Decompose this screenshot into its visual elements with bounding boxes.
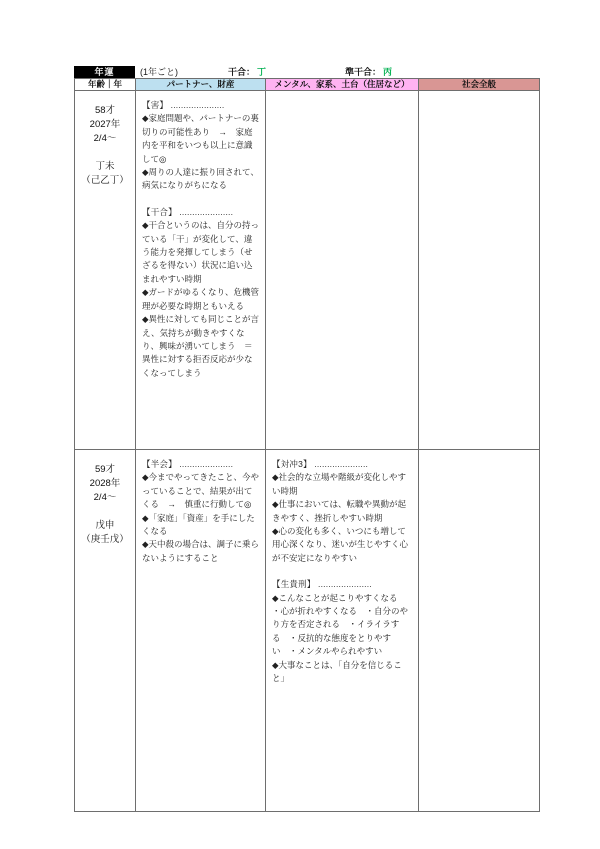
- society-cell: [419, 450, 540, 812]
- kanshi-label: 戊申: [75, 519, 135, 533]
- block-item: ◆今までやってきたこと、今やっていることで、結果が出てくる → 慎重に行動して◎: [142, 471, 260, 511]
- fortune-block: 【半会】 ..................... ◆今までやってきたこと、今…: [142, 458, 260, 565]
- start-date-label: 2/4～: [75, 132, 135, 146]
- table-row-2028: 59才 2028年 2/4～ 戊申 （庚壬戊） 【半会】 ...........…: [75, 450, 540, 812]
- table-row-2027: 58才 2027年 2/4～ 丁未 （己乙丁） 【害】 ............…: [75, 91, 540, 450]
- block-item: ◆周りの人達に振り回されて、病気になりがちになる: [142, 166, 260, 193]
- mental-cell: 【対冲3】 ..................... ◆社会的な立場や階級が変…: [266, 450, 419, 812]
- per-year-subtitle: (1年ごと): [140, 66, 178, 78]
- top-band: 年運 (1年ごと) 干合：丁 準干合：丙: [74, 66, 540, 78]
- block-heading: 【対冲3】 .....................: [272, 458, 413, 471]
- fortune-block: 【対冲3】 ..................... ◆社会的な立場や階級が変…: [272, 458, 413, 565]
- junkango-value: 丙: [383, 67, 392, 77]
- block-item: ◆ガードがゆるくなり、危機管理が必要な時期ともいえる: [142, 286, 260, 313]
- block-item: ◆こんなことが起こりやすくなる: [272, 592, 413, 605]
- fortune-table: 年齢｜年 パートナー、財産 メンタル、家系、土台（住居など） 社会全般 58才 …: [74, 78, 540, 812]
- kango-value: 丁: [257, 67, 266, 77]
- column-header-age-year: 年齢｜年: [75, 79, 136, 91]
- society-cell: [419, 91, 540, 450]
- fortune-block: 【干合】 ..................... ◆干合というのは、自分の持…: [142, 206, 260, 380]
- column-header-row: 年齢｜年 パートナー、財産 メンタル、家系、土台（住居など） 社会全般: [75, 79, 540, 91]
- block-heading: 【干合】 .....................: [142, 206, 260, 219]
- start-date-label: 2/4～: [75, 491, 135, 505]
- column-header-society: 社会全般: [419, 79, 540, 91]
- hidden-stems-label: （己乙丁）: [75, 174, 135, 188]
- age-label: 59才: [75, 463, 135, 477]
- kanshi-label: 丁未: [75, 160, 135, 174]
- block-heading: 【半会】 .....................: [142, 458, 260, 471]
- partner-cell: 【半会】 ..................... ◆今までやってきたこと、今…: [136, 450, 266, 812]
- mental-cell: [266, 91, 419, 450]
- partner-cell: 【害】 ..................... ◆家庭問題や、パートナーの裏…: [136, 91, 266, 450]
- column-header-partner: パートナー、財産: [136, 79, 266, 91]
- block-item: ◆家庭問題や、パートナーの裏切りの可能性あり → 家庭内を平和をいつも以上に意識…: [142, 112, 260, 166]
- fortune-block: 【害】 ..................... ◆家庭問題や、パートナーの裏…: [142, 99, 260, 193]
- age-year-cell: 59才 2028年 2/4～ 戊申 （庚壬戊）: [75, 450, 136, 812]
- fortune-block: 【生貴刑】 ..................... ◆こんなことが起こりやす…: [272, 578, 413, 685]
- block-item: ◆心の変化も多く、いつにも増して用心深くなり、迷いが生じやすく心が不安定になりや…: [272, 525, 413, 565]
- block-item: ◆異性に対しても同じことが言え、気持ちが動きやすくなり、興味が湧いてしまう ＝ …: [142, 313, 260, 380]
- block-item: ・心が折れやすくなる ・自分のやり方を否定される ・イライラする ・反抗的な態度…: [272, 605, 413, 659]
- age-year-cell: 58才 2027年 2/4～ 丁未 （己乙丁）: [75, 91, 136, 450]
- block-item: ◆天中殺の場合は、調子に乗らないようにすること: [142, 538, 260, 565]
- kango-group: 干合：丁: [228, 66, 266, 78]
- column-header-mental: メンタル、家系、土台（住居など）: [266, 79, 419, 91]
- year-label: 2028年: [75, 477, 135, 491]
- block-item: ◆社会的な立場や階級が変化しやすい時期: [272, 471, 413, 498]
- block-item: ◆仕事においては、転職や異動が起きやすく、挫折しやすい時期: [272, 498, 413, 525]
- year-fortune-title: 年運: [74, 66, 135, 78]
- block-item: ◆干合というのは、自分の持っている「干」が変化して、違う能力を発揮してしまう（せ…: [142, 219, 260, 286]
- age-label: 58才: [75, 104, 135, 118]
- block-heading: 【害】 .....................: [142, 99, 260, 112]
- block-item: ◆「家庭」「資産」を手にしたくなる: [142, 512, 260, 539]
- junkango-group: 準干合：丙: [345, 66, 392, 78]
- block-item: ◆大事なことは、「自分を信じること」: [272, 659, 413, 686]
- hidden-stems-label: （庚壬戊）: [75, 533, 135, 547]
- year-fortune-sheet: 年運 (1年ごと) 干合：丁 準干合：丙 年齢｜年 パートナー、財産 メンタル、…: [74, 66, 540, 78]
- junkango-label: 準干合：: [345, 67, 381, 77]
- kango-label: 干合：: [228, 67, 255, 77]
- block-heading: 【生貴刑】 .....................: [272, 578, 413, 591]
- year-label: 2027年: [75, 118, 135, 132]
